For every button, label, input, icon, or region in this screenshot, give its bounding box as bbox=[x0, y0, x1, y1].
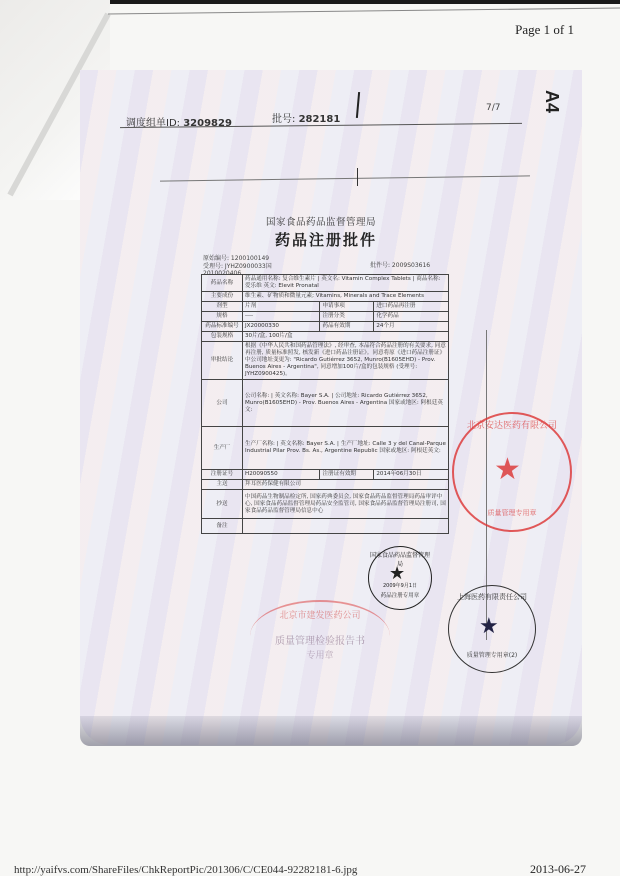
table-row: 生产厂生产厂名称: | 英文名称: Bayer S.A. | 生产厂地址: Ca… bbox=[202, 427, 449, 470]
table-row: 药品标准编号JX20000330药品有效期24个月 bbox=[202, 322, 449, 332]
table-row: 注册证号H20090550注册证有效期2014年06月30日 bbox=[202, 470, 449, 480]
star-icon: ★ bbox=[494, 452, 521, 487]
company-quality-seal: 北京安达医药有限公司 ★ 质量管理专用章 bbox=[452, 412, 572, 532]
batch-label: 批号: bbox=[272, 114, 295, 125]
batch-number: 批号: 282181 bbox=[272, 110, 340, 125]
seal-bottom-text: 药品注册专用章 bbox=[369, 591, 431, 599]
paper-size-mark: A4 bbox=[541, 90, 562, 113]
table-row: 主送拜耳医药保健有限公司 bbox=[202, 480, 449, 490]
print-date: 2013-06-27 bbox=[530, 862, 586, 876]
pen-mark bbox=[357, 168, 358, 186]
certificate-title: 药品注册批件 bbox=[275, 229, 377, 250]
table-row: 抄送中国药品生物制品检定所, 国家药典委员会, 国家食品药品监督管理局药品审评中… bbox=[202, 490, 449, 519]
star-icon: ★ bbox=[479, 614, 499, 639]
approval-number: 批件号: 2009S03616 bbox=[370, 260, 430, 269]
star-icon: ★ bbox=[389, 563, 405, 584]
seal-middle-text: 质量管理检验报告书 bbox=[250, 632, 390, 647]
certificate-table: 药品名称药品通用名称: 复合维生素片 | 英文名: Vitamin Comple… bbox=[201, 274, 449, 534]
seal-ring-text: 北京安达医药有限公司 bbox=[454, 418, 570, 431]
table-row: 审批结论根据《中华人民共和国药品管理法》, 经审查, 本品符合药品注册的有关要求… bbox=[202, 342, 449, 380]
table-row: 包装规格30片/盒, 100片/盒 bbox=[202, 332, 449, 342]
seal-ring-text: 上海医药有限责任公司 bbox=[449, 592, 535, 602]
meta-line: 受理号: JYHZ0900033国 bbox=[203, 263, 272, 271]
agency-name: 国家食品药品监督管理局 bbox=[266, 214, 376, 228]
page-indicator: Page 1 of 1 bbox=[515, 22, 574, 38]
seal-bottom-text: 质量管理专用章(2) bbox=[449, 650, 535, 659]
table-row: 剂型片剂申请事项进口药品再注册 bbox=[202, 302, 449, 312]
page-mark: 7/7 bbox=[486, 103, 500, 113]
table-row: 备注 bbox=[202, 519, 449, 534]
faint-inspection-seal: 北京市建发医药公司 质量管理检验报告书 专用章 bbox=[250, 600, 390, 672]
distributor-quality-seal: 上海医药有限责任公司 ★ 质量管理专用章(2) bbox=[448, 585, 536, 673]
batch-value: 282181 bbox=[299, 114, 341, 125]
seal-bottom-text: 专用章 bbox=[250, 648, 390, 661]
seal-date: 2009年9月1日 bbox=[369, 582, 431, 589]
scan-edge-shadow bbox=[80, 716, 582, 746]
meta-line: 原始编号: 1200100149 bbox=[203, 255, 272, 263]
source-url: http://yaifvs.com/ShareFiles/ChkReportPi… bbox=[14, 864, 357, 876]
table-row: 规格----注册分类化学药品 bbox=[202, 312, 449, 322]
sfda-registration-seal: 国家食品药品监督管理局 ★ 2009年9月1日 药品注册专用章 bbox=[368, 546, 432, 610]
table-row: 药品名称药品通用名称: 复合维生素片 | 英文名: Vitamin Comple… bbox=[202, 275, 449, 292]
table-row: 公司公司名称: | 英文名称: Bayer S.A. | 公司地址: Ricar… bbox=[202, 380, 449, 427]
seal-ring-text: 北京市建发医药公司 bbox=[250, 608, 390, 621]
table-row: 主要成份维生素、矿物质和微量元素; Vitamins, Minerals and… bbox=[202, 292, 449, 302]
seal-bottom-text: 质量管理专用章 bbox=[454, 508, 570, 518]
